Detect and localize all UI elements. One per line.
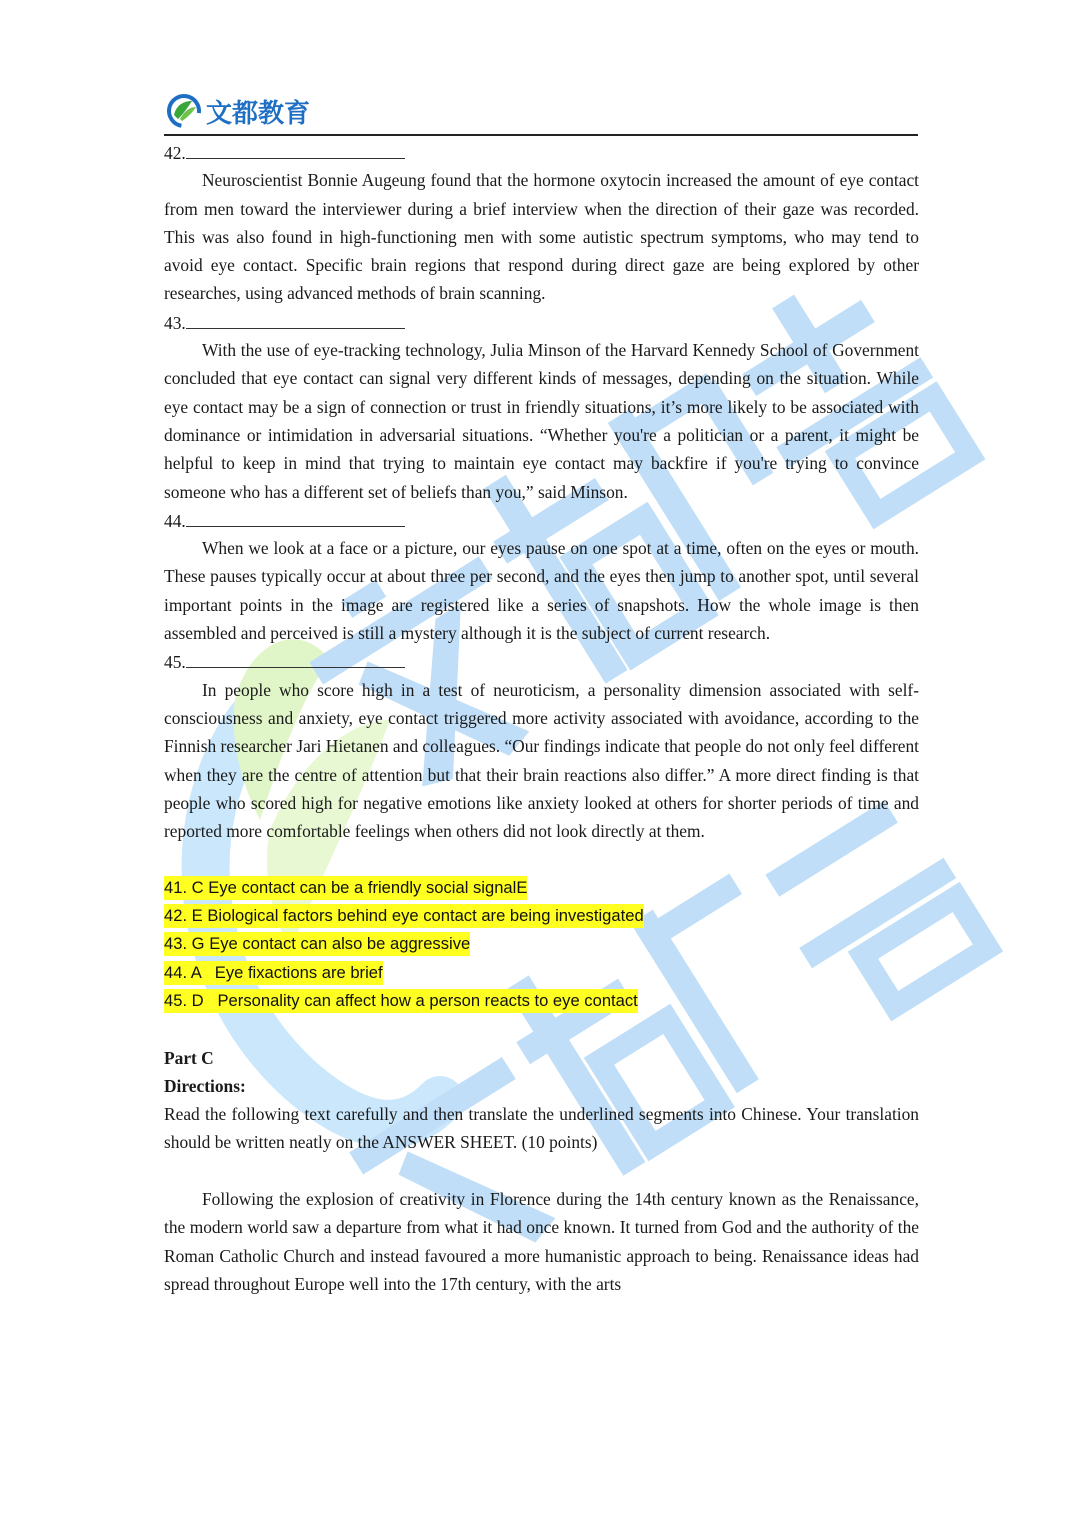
paragraph-44: When we look at a face or a picture, our… bbox=[164, 534, 919, 647]
answer-45: 45. D Personality can affect how a perso… bbox=[164, 987, 919, 1015]
answer-blank bbox=[186, 138, 405, 159]
section-title: Part C bbox=[164, 1044, 919, 1072]
directions-text: Read the following text carefully and th… bbox=[164, 1100, 919, 1157]
answer-blank bbox=[186, 308, 405, 329]
answer-43: 43. G Eye contact can also be aggressive bbox=[164, 930, 919, 958]
question-number: 43. bbox=[164, 313, 186, 333]
answer-text: 45. D Personality can affect how a perso… bbox=[164, 989, 638, 1013]
translation-passage: Following the explosion of creativity in… bbox=[164, 1185, 919, 1298]
question-43-blank: 43. bbox=[164, 308, 919, 336]
brand-logo: 文都教育 bbox=[166, 92, 310, 130]
directions-label: Directions: bbox=[164, 1072, 919, 1100]
brand-name: 文都教育 bbox=[206, 93, 310, 130]
answer-key: 41. C Eye contact can be a friendly soci… bbox=[164, 874, 919, 1015]
question-45-blank: 45. bbox=[164, 647, 919, 675]
answer-text: 42. E Biological factors behind eye cont… bbox=[164, 904, 644, 928]
question-42-blank: 42. bbox=[164, 138, 919, 166]
header-divider bbox=[164, 134, 918, 136]
answer-text: 41. C Eye contact can be a friendly soci… bbox=[164, 876, 527, 900]
question-number: 45. bbox=[164, 652, 186, 672]
document-page: 文都教育 42. Neuroscientist Bonnie Augeung f… bbox=[0, 0, 1080, 1528]
paragraph-45: In people who score high in a test of ne… bbox=[164, 676, 919, 846]
answer-text: 44. A Eye fixactions are brief bbox=[164, 961, 383, 985]
answer-41: 41. C Eye contact can be a friendly soci… bbox=[164, 874, 919, 902]
leaf-logo-icon bbox=[166, 93, 202, 129]
question-44-blank: 44. bbox=[164, 506, 919, 534]
answer-blank bbox=[186, 506, 405, 527]
question-number: 42. bbox=[164, 143, 186, 163]
question-number: 44. bbox=[164, 511, 186, 531]
answer-text: 43. G Eye contact can also be aggressive bbox=[164, 932, 470, 956]
answer-44: 44. A Eye fixactions are brief bbox=[164, 959, 919, 987]
answer-blank bbox=[186, 647, 405, 668]
paragraph-43: With the use of eye-tracking technology,… bbox=[164, 336, 919, 506]
paragraph-42: Neuroscientist Bonnie Augeung found that… bbox=[164, 166, 919, 307]
answer-42: 42. E Biological factors behind eye cont… bbox=[164, 902, 919, 930]
document-body: 42. Neuroscientist Bonnie Augeung found … bbox=[164, 138, 919, 1298]
